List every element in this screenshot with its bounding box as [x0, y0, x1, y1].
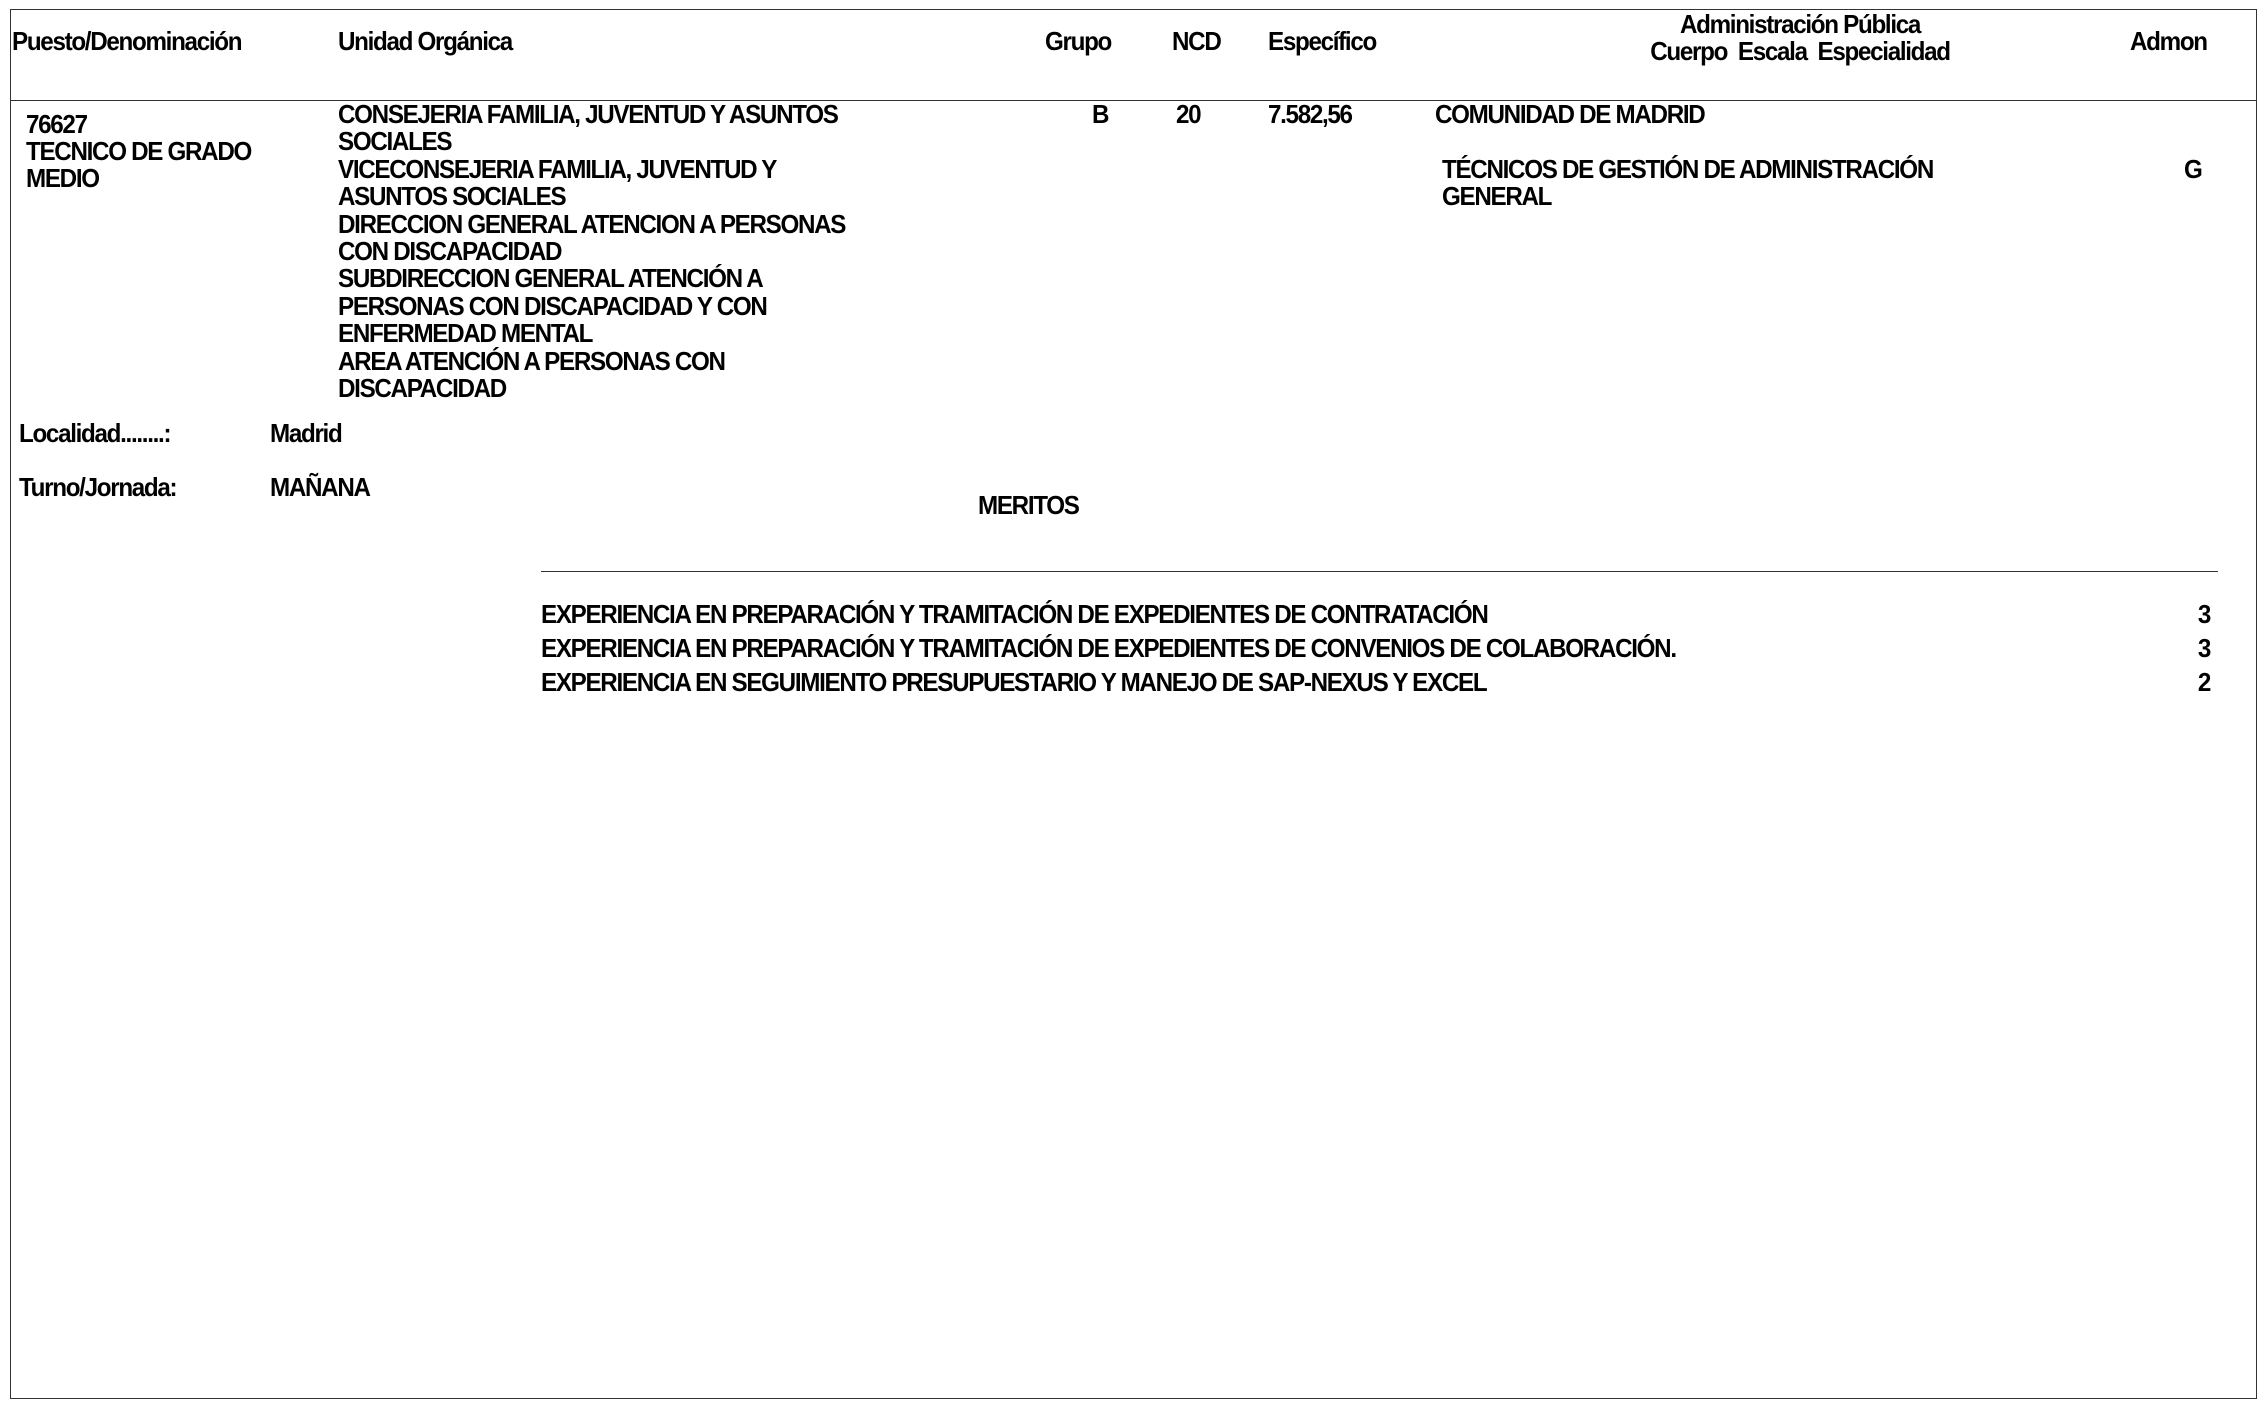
- header-administracion-line2: Cuerpo Escala Especialidad: [1521, 38, 2079, 65]
- unidad-line: ASUNTOS SOCIALES: [338, 183, 845, 210]
- unidad-line: DISCAPACIDAD: [338, 375, 845, 402]
- unidad-line: DIRECCION GENERAL ATENCION A PERSONAS: [338, 211, 845, 238]
- header-puesto: Puesto/Denominación: [12, 28, 241, 55]
- localidad-value: Madrid: [270, 420, 341, 447]
- record-codigo: 76627: [26, 111, 87, 138]
- unidad-line: CONSEJERIA FAMILIA, JUVENTUD Y ASUNTOS: [338, 101, 845, 128]
- header-administracion-line1: Administración Pública: [1521, 11, 2079, 38]
- turno-value: MAÑANA: [270, 474, 370, 501]
- turno-label: Turno/Jornada:: [19, 474, 176, 501]
- header-unidad: Unidad Orgánica: [338, 28, 512, 55]
- unidad-line: SOCIALES: [338, 128, 845, 155]
- merito-points: 3: [2154, 635, 2210, 662]
- record-administracion: COMUNIDAD DE MADRID: [1435, 101, 1704, 128]
- unidad-line: PERSONAS CON DISCAPACIDAD Y CON: [338, 293, 845, 320]
- merito-text: EXPERIENCIA EN PREPARACIÓN Y TRAMITACIÓN…: [541, 635, 1676, 662]
- record-admon: G: [2184, 156, 2202, 183]
- header-ncd: NCD: [1172, 28, 1220, 55]
- merito-points: 3: [2154, 601, 2210, 628]
- localidad-label: Localidad........:: [19, 420, 170, 447]
- record-cuerpo: TÉCNICOS DE GESTIÓN DE ADMINISTRACIÓN GE…: [1442, 156, 1933, 211]
- cuerpo-line: GENERAL: [1442, 183, 1933, 210]
- record-denominacion: TECNICO DE GRADO MEDIO: [26, 138, 251, 193]
- record-grupo: B: [1092, 101, 1108, 128]
- header-grupo: Grupo: [1045, 28, 1111, 55]
- denominacion-line: TECNICO DE GRADO: [26, 138, 251, 165]
- record-especifico: 7.582,56: [1268, 101, 1352, 128]
- meritos-title: MERITOS: [978, 492, 1079, 519]
- header-especifico: Específico: [1268, 28, 1376, 55]
- record-ncd: 20: [1176, 101, 1200, 128]
- unidad-line: AREA ATENCIÓN A PERSONAS CON: [338, 348, 845, 375]
- meritos-divider: [541, 571, 2218, 572]
- unidad-line: ENFERMEDAD MENTAL: [338, 320, 845, 347]
- unidad-line: VICECONSEJERIA FAMILIA, JUVENTUD Y: [338, 156, 845, 183]
- unidad-line: SUBDIRECCION GENERAL ATENCIÓN A: [338, 265, 845, 292]
- denominacion-line: MEDIO: [26, 165, 251, 192]
- merito-text: EXPERIENCIA EN SEGUIMIENTO PRESUPUESTARI…: [541, 669, 1486, 696]
- merito-text: EXPERIENCIA EN PREPARACIÓN Y TRAMITACIÓN…: [541, 601, 1488, 628]
- cuerpo-line: TÉCNICOS DE GESTIÓN DE ADMINISTRACIÓN: [1442, 156, 1933, 183]
- record-unidad-organica: CONSEJERIA FAMILIA, JUVENTUD Y ASUNTOS S…: [338, 101, 845, 402]
- merito-points: 2: [2154, 669, 2210, 696]
- header-admon: Admon: [2130, 28, 2207, 55]
- unidad-line: CON DISCAPACIDAD: [338, 238, 845, 265]
